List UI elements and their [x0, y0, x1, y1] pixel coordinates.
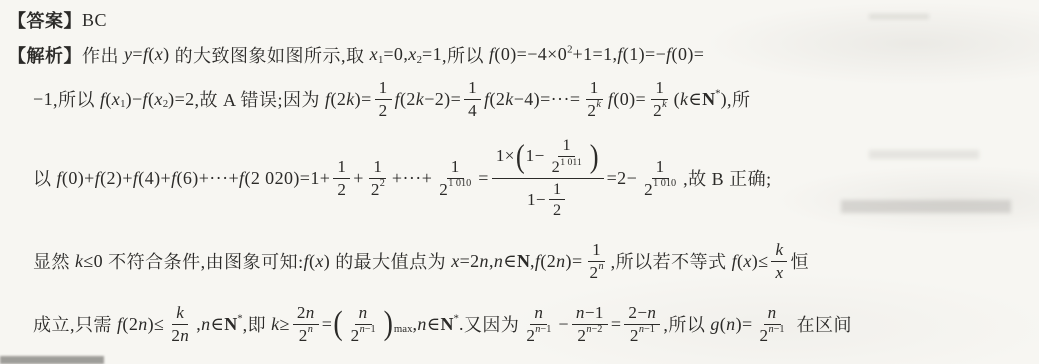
- math-char: 2: [371, 180, 380, 199]
- fraction: 2−n2n−1: [624, 303, 660, 345]
- math-char: 1: [337, 157, 346, 176]
- superscript: n−1: [360, 324, 376, 336]
- set-symbol: N: [702, 89, 715, 110]
- math-variable: n: [534, 303, 543, 322]
- math-char: 2: [297, 303, 306, 322]
- math-char: 1: [595, 303, 604, 322]
- superscript: n: [598, 261, 603, 273]
- math-char: 1: [378, 53, 383, 65]
- math-char: =: [611, 314, 622, 334]
- math-run: f(0)=: [608, 89, 646, 110]
- math-run: f(2k)=: [325, 89, 372, 110]
- math-char: 2: [526, 326, 535, 345]
- fraction-numerator: 1: [549, 180, 566, 201]
- math-char: ≤: [154, 314, 164, 334]
- math-char: 1: [451, 157, 460, 176]
- math-run: (k∈: [674, 89, 703, 110]
- math-run: =: [611, 314, 622, 335]
- fraction-numerator: k: [771, 240, 787, 262]
- fraction-denominator: 2: [375, 100, 392, 121]
- text-run: ,即: [243, 311, 272, 337]
- fraction-denominator: 22: [367, 179, 389, 200]
- fraction: 12: [375, 78, 392, 120]
- math-char: ≤: [758, 251, 768, 271]
- fraction: 2n2n: [293, 303, 319, 345]
- math-char: +: [122, 168, 133, 188]
- fraction: 122: [367, 157, 389, 199]
- math-char: =: [517, 44, 528, 64]
- math-variable: x: [155, 44, 163, 64]
- solution-text: 【答案】BC【解析】作出 y=f(x) 的大致图象如图所示,取 x1=0,x2=…: [0, 8, 1039, 355]
- math-variable: n: [308, 324, 313, 335]
- math-char: ∈: [211, 314, 225, 334]
- math-char: =: [636, 89, 647, 109]
- math-char: −: [637, 303, 647, 322]
- math-char: +: [422, 168, 433, 188]
- math-char: +: [392, 168, 403, 188]
- math-variable: k: [505, 89, 513, 109]
- math-run: k≥: [271, 314, 290, 335]
- math-char: +: [161, 168, 172, 188]
- fraction: n−12n−2: [572, 303, 608, 345]
- fraction: 1×(1−121 011)1−12: [492, 136, 604, 220]
- superscript: n−1: [769, 324, 785, 336]
- fraction-denominator: 2: [333, 179, 350, 200]
- math-run: k≤0: [75, 251, 103, 272]
- big-paren: (: [516, 140, 525, 172]
- math-variable: n: [647, 303, 656, 322]
- math-char: +: [320, 168, 331, 188]
- fraction-denominator: x: [771, 262, 787, 283]
- math-run: 2: [590, 263, 599, 283]
- math-variable: k: [176, 303, 184, 322]
- math-char: 1: [44, 89, 53, 109]
- subscript: 1: [120, 98, 125, 110]
- math-run: k: [176, 303, 184, 323]
- math-run: f(x)≤: [732, 251, 769, 272]
- math-char: 0: [620, 89, 629, 109]
- math-char: −: [535, 146, 545, 165]
- fraction: n2n−1: [347, 303, 380, 345]
- math-char: 2: [251, 168, 260, 188]
- superscript: *: [237, 313, 242, 325]
- math-char: ∈: [427, 314, 441, 334]
- math-variable: x: [408, 44, 416, 64]
- math-run: 2: [526, 326, 535, 346]
- math-char: 2: [337, 89, 346, 109]
- math-char: 0: [284, 168, 293, 188]
- math-char: 0: [94, 251, 103, 271]
- math-run: )−f(x: [126, 89, 163, 110]
- superscript: n: [308, 324, 313, 336]
- math-char: 1: [629, 44, 638, 64]
- math-run: 2: [577, 326, 586, 346]
- math-char: =: [361, 89, 372, 109]
- math-char: 1: [592, 240, 601, 259]
- text-run: ,故 A 错误;因为: [195, 86, 326, 112]
- math-char: =: [645, 44, 656, 64]
- text-run: 以: [33, 165, 57, 191]
- text-run: BC: [82, 10, 107, 31]
- math-variable: x: [451, 251, 459, 271]
- math-variable: n: [556, 251, 565, 271]
- math-char: ×: [547, 44, 558, 64]
- math-char: 2: [417, 53, 422, 65]
- text-run: 不符合条件,由图象可知:: [103, 248, 304, 274]
- math-variable: x: [315, 251, 323, 271]
- fraction-numerator: 1×(1−121 011): [492, 136, 604, 178]
- math-char: 2: [553, 201, 562, 219]
- math-run: f(0)=−4×0: [489, 44, 567, 65]
- math-char: 2: [644, 180, 653, 199]
- math-char: 0: [394, 44, 403, 64]
- fraction-denominator: 2n: [295, 325, 317, 346]
- text-run: 的大致图象如图所示,取: [170, 42, 370, 68]
- math-char: =: [694, 44, 705, 64]
- text-run: ,所以: [663, 311, 710, 337]
- math-char: 0: [558, 44, 567, 64]
- fraction-denominator: 2n: [586, 262, 608, 283]
- fraction-denominator: 2n−1: [347, 325, 380, 346]
- math-char: 1: [553, 180, 562, 198]
- fraction-denominator: 2k: [583, 100, 605, 121]
- math-run: 1−: [526, 146, 545, 166]
- math-char: 2: [435, 89, 444, 109]
- math-char: =: [383, 44, 394, 64]
- math-variable: k: [775, 240, 783, 259]
- math-run: 2: [379, 101, 388, 121]
- text-run: ,所以若不等式: [611, 248, 732, 274]
- text-run: ,所以: [442, 42, 489, 68]
- math-run: n: [359, 303, 368, 323]
- subscript: 2: [163, 98, 168, 110]
- math-char: 1: [650, 324, 655, 335]
- scan-edge-shadow: [0, 356, 104, 364]
- math-run: f(0)+f(2)+f(4)+f(6)+···+f(2 020)=1+: [57, 168, 331, 189]
- math-run: n−1: [576, 303, 604, 323]
- math-char: −: [33, 89, 44, 109]
- math-variable: n: [306, 303, 315, 322]
- math-variable: g: [710, 314, 719, 334]
- math-run: 4: [468, 101, 477, 121]
- math-char: 2: [406, 89, 415, 109]
- big-paren: ): [384, 307, 393, 341]
- math-char: 1: [310, 168, 319, 188]
- fraction: n2n−1: [756, 303, 789, 345]
- math-run: +1=1,f(1)=−f(0)=: [573, 44, 705, 65]
- math-run: x: [370, 44, 378, 65]
- math-char: +: [84, 168, 95, 188]
- math-char: +: [199, 168, 210, 188]
- math-run: 2: [644, 180, 653, 200]
- math-char: =: [451, 89, 462, 109]
- math-run: 1: [553, 180, 562, 199]
- text-run: ,故 B 正确;: [683, 165, 772, 191]
- math-char: −: [627, 168, 638, 188]
- math-run: f(2n)≤: [117, 314, 164, 335]
- math-char: 2: [351, 326, 360, 345]
- set-symbol: N: [441, 314, 454, 335]
- math-char: ≥: [280, 314, 290, 334]
- math-run: =: [322, 314, 333, 335]
- math-char: 1: [577, 157, 582, 168]
- math-run: 1−: [527, 190, 546, 210]
- big-paren: ): [590, 140, 599, 172]
- math-char: 1: [656, 157, 665, 176]
- math-run: f(x: [100, 89, 120, 110]
- text-run: 成立,只需: [33, 311, 117, 337]
- superscript: *: [454, 313, 459, 325]
- math-char: 1: [468, 78, 477, 97]
- math-char: 1: [779, 324, 784, 335]
- math-variable: n: [598, 261, 603, 272]
- superscript: n−1: [639, 324, 655, 336]
- math-run: 1: [590, 78, 599, 98]
- superscript: 2: [380, 178, 385, 190]
- fraction: 12k: [583, 78, 605, 120]
- math-char: 2: [439, 180, 448, 199]
- math-run: ,n∈: [196, 314, 224, 335]
- set-symbol: N: [517, 251, 530, 272]
- math-run: 1: [656, 157, 665, 177]
- math-char: =: [570, 89, 581, 109]
- superscript: 1 010: [653, 178, 676, 190]
- solution-line-1: 【答案】BC: [8, 8, 1039, 32]
- math-run: x: [775, 263, 783, 283]
- math-char: 4: [145, 168, 154, 188]
- fraction-denominator: 1−12: [523, 179, 573, 220]
- math-char: ≤: [83, 251, 93, 271]
- fraction-numerator: 1: [586, 78, 603, 100]
- math-char: =: [478, 168, 489, 188]
- math-char: −: [527, 44, 538, 64]
- math-run: +···+: [392, 168, 432, 189]
- math-variable: n: [576, 303, 585, 322]
- math-run: n: [768, 303, 777, 323]
- math-char: =: [607, 168, 618, 188]
- fraction: kx: [771, 240, 787, 282]
- text-run: ,所: [727, 86, 751, 112]
- fraction-denominator: 21 011: [548, 157, 586, 177]
- math-variable: n: [494, 251, 503, 271]
- math-char: =: [322, 314, 333, 334]
- math-char: 1: [546, 324, 551, 335]
- math-variable: n: [201, 314, 210, 334]
- solution-line-6: 成立,只需 f(2n)≤k2n,n∈N*,即 k≥2n2n=(n2n−1)max…: [33, 293, 1039, 355]
- math-char: 2: [567, 43, 572, 55]
- math-char: 0: [265, 168, 274, 188]
- math-char: 1: [583, 44, 592, 64]
- fraction: 121 011: [548, 136, 586, 176]
- text-run: 显然: [33, 248, 75, 274]
- math-char: 4: [468, 101, 477, 120]
- math-run: =2−: [607, 168, 638, 189]
- math-run: 2: [760, 326, 769, 346]
- math-variable: k: [271, 314, 279, 334]
- math-run: 2n: [297, 303, 315, 323]
- math-char: 1: [527, 190, 536, 209]
- math-run: f(2k−4)=···=: [484, 89, 580, 110]
- math-char: ∈: [688, 89, 702, 109]
- fraction: 14: [464, 78, 481, 120]
- math-variable: n: [138, 314, 147, 334]
- subscript: max: [394, 323, 413, 335]
- math-variable: n: [180, 326, 189, 345]
- math-run: 2: [371, 180, 380, 200]
- text-run: 在区间: [792, 311, 853, 337]
- math-run: 1: [379, 78, 388, 98]
- math-run: 2: [553, 201, 562, 220]
- math-char: 2: [577, 326, 586, 345]
- math-char: ∈: [503, 251, 517, 271]
- math-char: =: [300, 168, 311, 188]
- math-run: ,f(2n)=: [530, 251, 583, 272]
- math-char: 2: [171, 326, 180, 345]
- math-char: 2: [185, 89, 194, 109]
- math-char: 2: [129, 314, 138, 334]
- math-char: +: [353, 168, 364, 188]
- fraction: 12k: [649, 78, 671, 120]
- fraction-numerator: n: [764, 303, 781, 325]
- math-run: 2−n: [628, 303, 656, 323]
- fraction-numerator: 2−n: [624, 303, 660, 325]
- math-run: 1: [337, 157, 346, 177]
- math-run: f(2k−2)=: [395, 89, 462, 110]
- text-run: ,所以: [53, 86, 100, 112]
- fraction-denominator: 2n−1: [626, 325, 659, 346]
- math-char: 1: [373, 157, 382, 176]
- math-char: 2: [275, 168, 284, 188]
- subscript: 1: [378, 53, 383, 65]
- math-char: 1: [370, 324, 375, 335]
- fraction-numerator: 2n: [293, 303, 319, 325]
- solution-line-3: −1,所以 f(x1)−f(x2)=2,故 A 错误;因为 f(2k)=12f(…: [33, 73, 1039, 125]
- math-char: −: [656, 44, 667, 64]
- math-char: +: [228, 168, 239, 188]
- solution-line-5: 显然 k≤0 不符合条件,由图象可知:f(x) 的最大值点为 x=2n,n∈N,…: [33, 233, 1039, 289]
- fraction: 12: [549, 180, 566, 220]
- math-run: f(x): [304, 251, 331, 272]
- fraction-numerator: 1: [369, 157, 386, 179]
- math-run: 1: [468, 78, 477, 98]
- math-run: 1: [592, 240, 601, 260]
- text-run: 的最大值点为: [330, 248, 451, 274]
- math-run: 1: [562, 136, 571, 155]
- fraction: 12n: [586, 240, 608, 282]
- math-char: 1: [655, 78, 664, 97]
- math-variable: n: [359, 303, 368, 322]
- math-variable: k: [346, 89, 354, 109]
- math-char: 2: [760, 326, 769, 345]
- fraction-denominator: 2n−1: [756, 325, 789, 346]
- math-char: 0: [68, 168, 77, 188]
- superscript: n−2: [586, 324, 602, 336]
- solution-line-2: 【解析】作出 y=f(x) 的大致图象如图所示,取 x1=0,x2=1,所以 f…: [8, 41, 1039, 68]
- math-char: 2: [590, 263, 599, 282]
- math-char: ×: [505, 146, 515, 165]
- math-variable: k: [596, 99, 601, 110]
- math-run: y=f(x): [124, 44, 170, 65]
- math-char: 2: [547, 251, 556, 271]
- math-char: =: [422, 44, 433, 64]
- math-char: 2: [653, 101, 662, 120]
- math-run: k: [775, 240, 783, 260]
- scanned-solution-page: 【答案】BC【解析】作出 y=f(x) 的大致图象如图所示,取 x1=0,x2=…: [0, 0, 1039, 364]
- math-variable: n: [480, 251, 489, 271]
- math-char: 1: [120, 98, 125, 110]
- math-run: 1: [451, 157, 460, 177]
- subscript: 2: [417, 53, 422, 65]
- math-run: 1: [655, 78, 664, 98]
- math-variable: x: [370, 44, 378, 64]
- math-char: 2: [587, 101, 596, 120]
- math-char: 2: [337, 180, 346, 199]
- math-variable: x: [112, 89, 120, 109]
- math-char: 2: [107, 168, 116, 188]
- math-run: 2: [552, 158, 561, 177]
- math-run: 2: [587, 101, 596, 121]
- fraction: 12: [333, 157, 350, 199]
- solution-line-4: 以 f(0)+f(2)+f(4)+f(6)+···+f(2 020)=1+12+…: [33, 127, 1039, 229]
- math-char: 2: [379, 101, 388, 120]
- set-symbol: N: [224, 314, 237, 335]
- math-variable: n: [768, 303, 777, 322]
- fraction: k2n: [167, 303, 193, 345]
- fraction-denominator: 21 010: [435, 179, 475, 200]
- math-run: 1×: [496, 146, 515, 166]
- math-run: ,n∈: [412, 314, 440, 335]
- math-variable: k: [662, 99, 667, 110]
- fraction-denominator: 2n−2: [573, 325, 606, 346]
- math-run: 2: [653, 101, 662, 121]
- text-run: 恒: [790, 248, 809, 274]
- math-char: =: [460, 251, 471, 271]
- fraction-numerator: n−1: [572, 303, 608, 325]
- fraction: 121 010: [435, 157, 475, 199]
- big-paren: (: [333, 307, 342, 341]
- superscript: *: [715, 88, 720, 100]
- math-char: 0: [671, 178, 676, 189]
- fraction-numerator: 1: [588, 240, 605, 262]
- fraction-numerator: k: [172, 303, 188, 325]
- math-char: −: [585, 303, 595, 322]
- fraction-denominator: 2n−1: [522, 325, 555, 346]
- math-char: 2: [299, 326, 308, 345]
- math-char: −: [558, 314, 569, 334]
- math-variable: n: [726, 314, 735, 334]
- superscript: 2: [567, 43, 572, 55]
- math-run: 2: [337, 180, 346, 200]
- math-char: −: [514, 89, 525, 109]
- superscript: 1 011: [560, 157, 582, 168]
- math-char: 2: [630, 326, 639, 345]
- math-run: x=2n,n∈: [451, 251, 517, 272]
- math-char: 2: [496, 89, 505, 109]
- math-char: 4: [538, 44, 547, 64]
- math-run: −1: [33, 89, 53, 110]
- math-run: −: [558, 314, 569, 335]
- math-run: g(n)=: [710, 314, 752, 335]
- math-char: 0: [678, 44, 687, 64]
- fraction-denominator: 2n: [167, 325, 193, 346]
- math-run: 2: [439, 180, 448, 200]
- text-run: 又因为: [464, 311, 520, 337]
- math-run: =: [478, 168, 489, 189]
- math-char: 2: [597, 324, 602, 335]
- math-run: 2: [630, 326, 639, 346]
- math-char: 0: [501, 44, 510, 64]
- math-variable: k: [416, 89, 424, 109]
